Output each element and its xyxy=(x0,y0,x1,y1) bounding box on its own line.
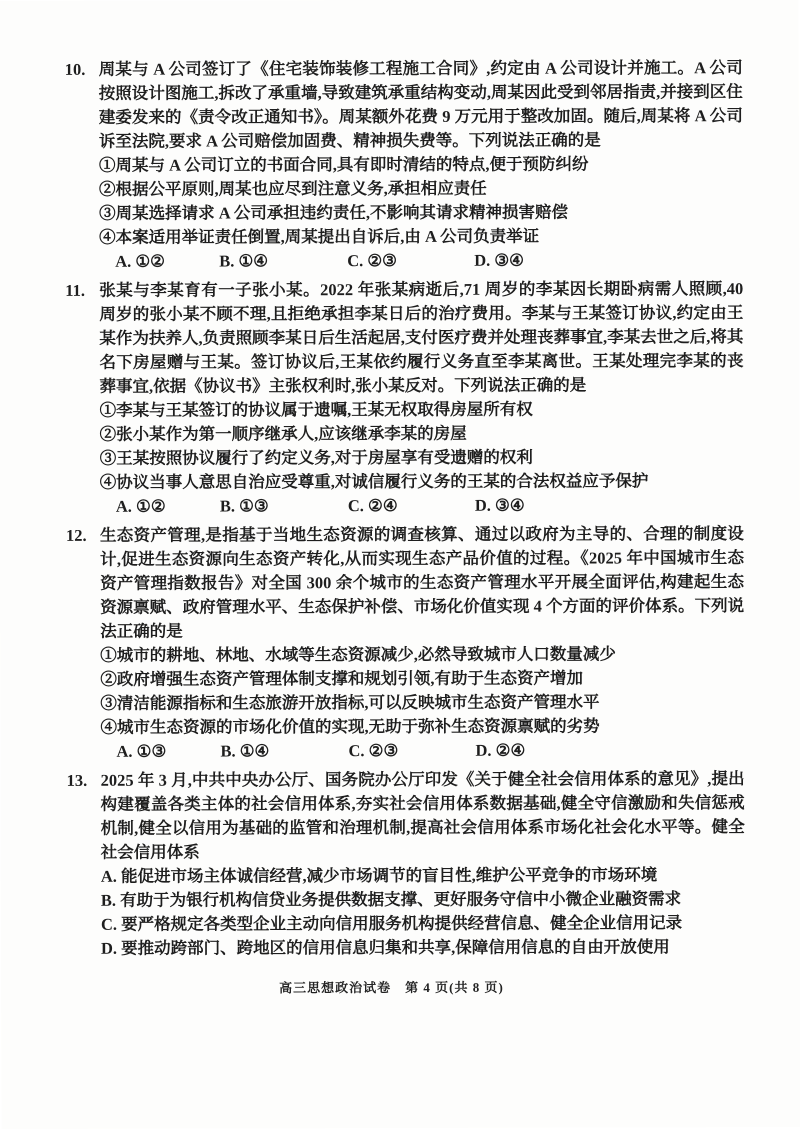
question-number: 12. xyxy=(66,524,101,764)
exam-page: 10. 周某与 A 公司签订了《住宅装饰装修工程施工合同》,约定由 A 公司设计… xyxy=(0,0,800,1129)
question-stem: 张某与李某育有一子张小某。2022 年张某病逝后,71 周岁的李某因长期卧病需人… xyxy=(99,277,743,399)
question-body: 生态资产管理,是指基于当地生态资源的调查核算、通过以政府为主导的、合理的制度设计… xyxy=(100,522,745,764)
question-13: 13. 2025 年 3 月,中共中央办公厅、国务院办公厅印发《关于健全社会信用… xyxy=(67,767,746,961)
question-stem: 2025 年 3 月,中共中央办公厅、国务院办公厅印发《关于健全社会信用体系的意… xyxy=(101,767,745,865)
option-4: ④城市生态资源的市场化价值的实现,无助于弥补生态资源禀赋的劣势 xyxy=(100,714,744,740)
page-footer-text: 高三思想政治试卷 第 4 页(共 8 页) xyxy=(279,980,504,996)
answer-choices: A. ①③ B. ①④ C. ②③ D. ②④ xyxy=(100,738,744,764)
question-stem: 生态资产管理,是指基于当地生态资源的调查核算、通过以政府为主导的、合理的制度设计… xyxy=(100,522,744,644)
question-12: 12. 生态资产管理,是指基于当地生态资源的调查核算、通过以政府为主导的、合理的… xyxy=(66,522,745,764)
choice-a: A. ①③ xyxy=(116,739,220,763)
option-1: ①城市的耕地、林地、水域等生态资源减少,必然导致城市人口数量减少 xyxy=(100,642,744,668)
option-2: ②根据公平原则,周某也应尽到注意义务,承担相应责任 xyxy=(99,176,743,202)
option-1: ①李某与王某签订的协议属于遗嘱,王某无权取得房屋所有权 xyxy=(100,397,744,423)
option-2: ②张小某作为第一顺序继承人,应该继承李某的房屋 xyxy=(100,421,744,447)
option-a: A. 能促进市场主体诚信经营,减少市场调节的盲目性,维护公平竞争的市场环境 xyxy=(101,863,745,889)
question-number: 11. xyxy=(65,279,100,519)
option-c: C. 要严格规定各类型企业主动向信用服务机构提供经营信息、健全企业信用记录 xyxy=(101,911,745,937)
question-10: 10. 周某与 A 公司签订了《住宅装饰装修工程施工合同》,约定由 A 公司设计… xyxy=(65,56,744,274)
option-3: ③清洁能源指标和生态旅游开放指标,可以反映城市生态资产管理水平 xyxy=(100,690,744,716)
choice-a: A. ①② xyxy=(115,249,219,273)
choice-d: D. ②④ xyxy=(475,738,744,763)
question-11: 11. 张某与李某育有一子张小某。2022 年张某病逝后,71 周岁的李某因长期… xyxy=(65,277,744,519)
question-number: 10. xyxy=(65,58,100,274)
choice-c: C. ②③ xyxy=(348,739,475,763)
option-3: ③王某按照协议履行了约定义务,对于房屋享有受遗赠的权利 xyxy=(100,445,744,471)
choice-d: D. ③④ xyxy=(474,248,743,273)
question-stem: 周某与 A 公司签订了《住宅装饰装修工程施工合同》,约定由 A 公司设计并施工。… xyxy=(99,56,743,154)
option-3: ③周某选择请求 A 公司承担违约责任,不影响其请求精神损害赔偿 xyxy=(99,200,743,226)
page-footer: 高三思想政治试卷 第 4 页(共 8 页) xyxy=(67,975,745,1001)
question-body: 2025 年 3 月,中共中央办公厅、国务院办公厅印发《关于健全社会信用体系的意… xyxy=(101,767,746,961)
question-body: 张某与李某育有一子张小某。2022 年张某病逝后,71 周岁的李某因长期卧病需人… xyxy=(99,277,744,519)
choice-a: A. ①② xyxy=(116,494,220,518)
option-4: ④协议当事人意思自治应受尊重,对诚信履行义务的王某的合法权益应予保护 xyxy=(100,469,744,495)
answer-choices: A. ①② B. ①③ C. ②④ D. ③④ xyxy=(100,493,744,519)
option-2: ②政府增强生态资产管理体制支撑和规划引领,有助于生态资产增加 xyxy=(100,666,744,692)
choice-b: B. ①④ xyxy=(219,249,347,273)
choice-b: B. ①③ xyxy=(220,494,348,518)
question-number: 13. xyxy=(67,769,102,961)
choice-d: D. ③④ xyxy=(475,493,744,518)
option-b: B. 有助于为银行机构信贷业务提供数据支撑、更好服务守信中小微企业融资需求 xyxy=(101,887,745,913)
choice-c: C. ②④ xyxy=(348,494,475,518)
choice-b: B. ①④ xyxy=(220,739,348,763)
choice-c: C. ②③ xyxy=(347,249,474,273)
question-body: 周某与 A 公司签订了《住宅装饰装修工程施工合同》,约定由 A 公司设计并施工。… xyxy=(99,56,744,274)
option-d: D. 要推动跨部门、跨地区的信用信息归集和共享,保障信用信息的自由开放使用 xyxy=(101,935,745,961)
option-1: ①周某与 A 公司订立的书面合同,具有即时清结的特点,便于预防纠纷 xyxy=(99,152,743,178)
answer-choices: A. ①② B. ①④ C. ②③ D. ③④ xyxy=(99,248,743,274)
option-4: ④本案适用举证责任倒置,周某提出自诉后,由 A 公司负责举证 xyxy=(99,224,743,250)
